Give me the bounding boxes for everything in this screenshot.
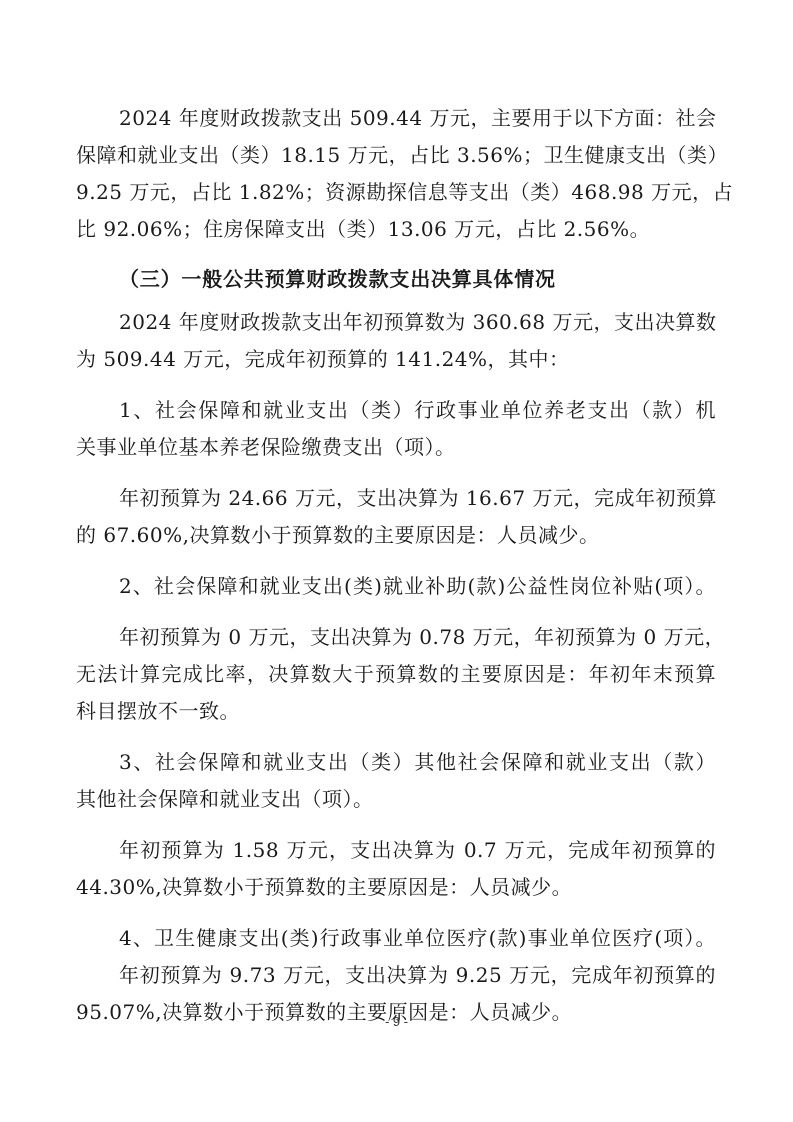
paragraph-line: 保障和就业支出（类）18.15 万元，占比 3.56%；卫生健康支出（类） — [76, 141, 716, 169]
item-title-line: 1、社会保障和就业支出（类）行政事业单位养老支出（款）机 — [119, 396, 716, 424]
paragraph-line: 9.25 万元，占比 1.82%；资源勘探信息等支出（类）468.98 万元，占 — [76, 178, 716, 206]
item-title-line: 关事业单位基本养老保险缴费支出（项）。 — [76, 433, 716, 461]
paragraph-line: 无法计算完成比率，决算数大于预算数的主要原因是：年初年末预算 — [76, 660, 716, 688]
paragraph-line: 2024 年度财政拨款支出 509.44 万元，主要用于以下方面：社会 — [119, 104, 716, 132]
paragraph-line: 科目摆放不一致。 — [76, 697, 716, 725]
paragraph-line: 44.30%,决算数小于预算数的主要原因是：人员减少。 — [76, 873, 716, 901]
paragraph-line: 的 67.60%,决算数小于预算数的主要原因是：人员减少。 — [76, 521, 716, 549]
paragraph-line: 年初预算为 24.66 万元，支出决算为 16.67 万元，完成年初预算 — [119, 484, 716, 512]
section-heading: （三）一般公共预算财政拨款支出决算具体情况 — [119, 265, 619, 293]
item-title-line: 其他社会保障和就业支出（项）。 — [76, 785, 716, 813]
page-number: - 9 - — [0, 1014, 793, 1029]
item-title-line: 3、社会保障和就业支出（类）其他社会保障和就业支出（款） — [119, 748, 716, 776]
paragraph-line: 年初预算为 1.58 万元，支出决算为 0.7 万元，完成年初预算的 — [119, 836, 716, 864]
paragraph-line: 年初预算为 0 万元，支出决算为 0.78 万元，年初预算为 0 万元， — [119, 623, 716, 651]
item-title-line: 4、卫生健康支出(类)行政事业单位医疗(款)事业单位医疗(项）。 — [119, 924, 716, 952]
paragraph-line: 比 92.06%；住房保障支出（类）13.06 万元，占比 2.56%。 — [76, 215, 716, 243]
item-title-line: 2、社会保障和就业支出(类)就业补助(款)公益性岗位补贴(项）。 — [119, 572, 716, 600]
paragraph-line: 年初预算为 9.73 万元，支出决算为 9.25 万元，完成年初预算的 — [119, 961, 716, 989]
paragraph-line: 2024 年度财政拨款支出年初预算数为 360.68 万元，支出决算数 — [119, 308, 716, 336]
paragraph-line: 为 509.44 万元，完成年初预算的 141.24%，其中： — [76, 345, 716, 373]
document-page: 2024 年度财政拨款支出 509.44 万元，主要用于以下方面：社会 保障和就… — [0, 0, 793, 1122]
